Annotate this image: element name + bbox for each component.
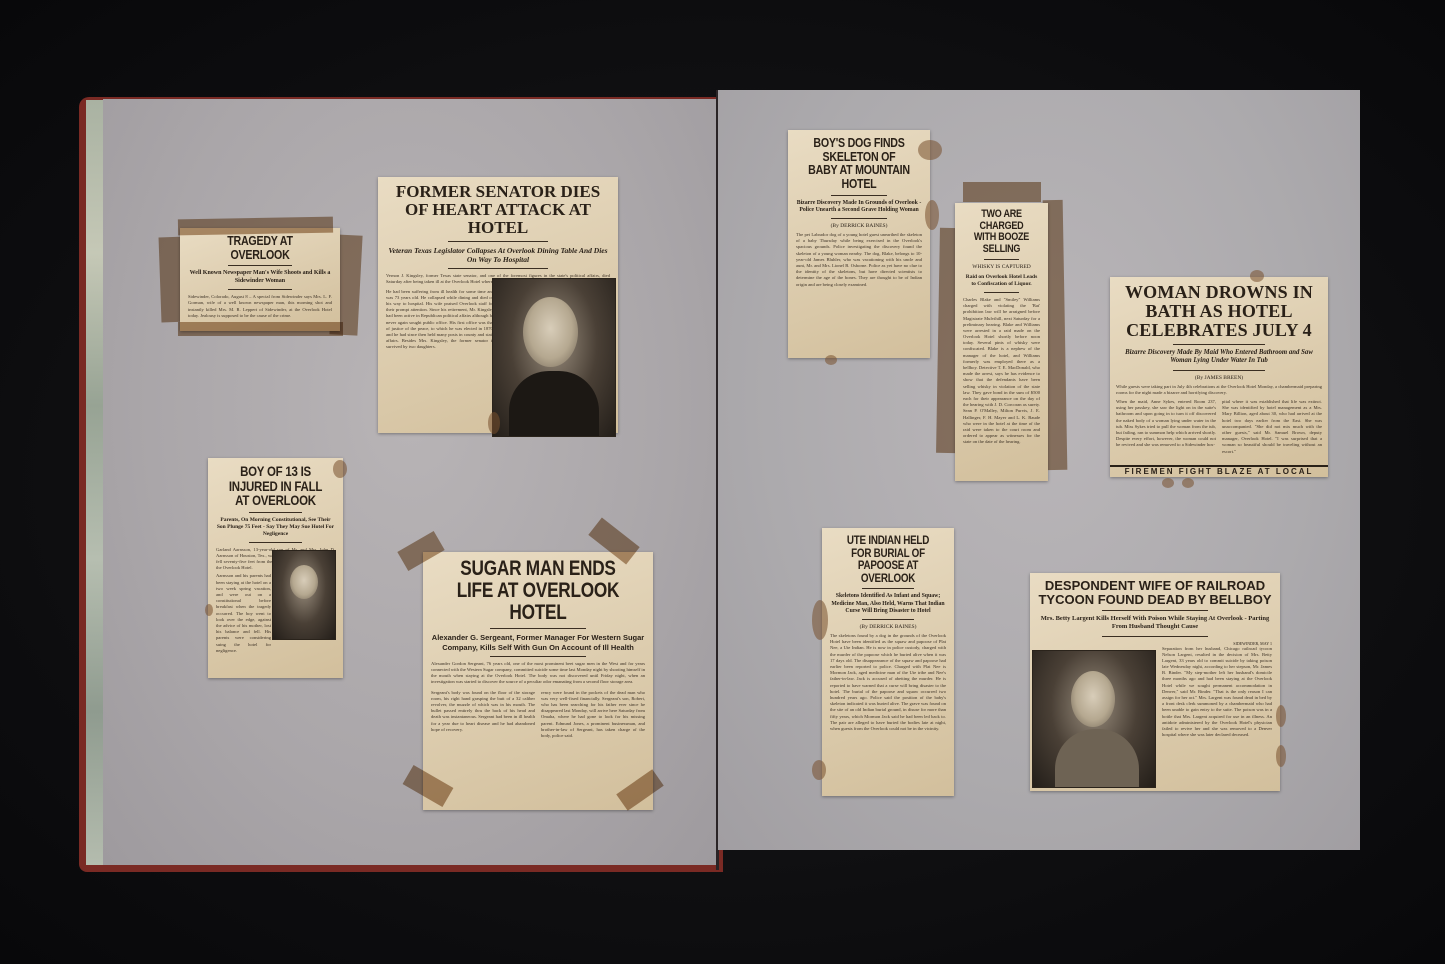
- glue-stain: [1250, 270, 1264, 282]
- glue-stain: [812, 760, 826, 780]
- photo-portrait-boy: [272, 550, 336, 640]
- tape-strip: [178, 217, 333, 236]
- divider: [831, 195, 888, 196]
- headline: DESPONDENT WIFE OF RAILROAD TYCOON FOUND…: [1038, 579, 1272, 606]
- glue-stain: [925, 200, 939, 230]
- article-lead: Alexander Gordon Sergeant, 76 years old,…: [431, 661, 645, 686]
- glue-stain: [1276, 705, 1286, 727]
- divider: [984, 259, 1019, 260]
- byline: (By DERRICK BAINES): [796, 223, 922, 229]
- divider: [1102, 636, 1207, 637]
- divider: [249, 512, 303, 513]
- glue-stain: [205, 604, 213, 616]
- headline: BOY'S DOG FINDS SKELETON OF BABY AT MOUN…: [807, 136, 910, 191]
- subheadline: Skeletons Identified As Infant and Squaw…: [830, 593, 946, 615]
- headline: TRAGEDY AT OVERLOOK: [201, 234, 319, 261]
- divider: [862, 588, 914, 589]
- clipping-sugar-man: SUGAR MAN ENDS LIFE AT OVERLOOK HOTEL Al…: [423, 552, 653, 810]
- article-body: Charles Blake and "Smiley" Williams char…: [963, 297, 1040, 446]
- article-body: He had been suffering from ill health fo…: [386, 289, 494, 351]
- glue-stain: [488, 412, 500, 434]
- marbled-endpaper: [86, 100, 104, 865]
- divider: [490, 656, 586, 657]
- article-body: The skeletons found by a dog in the grou…: [830, 633, 946, 732]
- subheadline: Parents, On Morning Constitutional, See …: [216, 517, 335, 538]
- article-column-1: When the maid, Anne Sykes, entered Room …: [1116, 399, 1216, 455]
- glue-stain: [812, 600, 828, 640]
- article-body: Aarnsson and his parents had been stayin…: [216, 573, 271, 653]
- subheadline: Raid on Overlook Hotel Leads to Confisca…: [963, 274, 1040, 288]
- article-body: The pet Labrador dog of a young hotel gu…: [796, 232, 922, 288]
- glue-stain: [825, 355, 837, 365]
- byline: (By DERRICK BAINES): [830, 624, 946, 630]
- subheadline: Bizarre Discovery Made In Grounds of Ove…: [796, 200, 922, 214]
- headline: FORMER SENATOR DIES OF HEART ATTACK AT H…: [386, 183, 610, 237]
- divider: [448, 268, 549, 269]
- article-columns: Sergeant's body was found on the floor o…: [431, 690, 645, 740]
- adjacent-headline: FIREMEN FIGHT BLAZE AT LOCAL CLUB: [1110, 465, 1328, 477]
- headline: BOY OF 13 IS INJURED IN FALL AT OVERLOOK: [227, 464, 325, 508]
- clipping-woman-drowns: WOMAN DROWNS IN BATH AS HOTEL CELEBRATES…: [1110, 277, 1328, 477]
- subheadline: Well Known Newspaper Man's Wife Shoots a…: [188, 270, 332, 285]
- glue-stain: [1182, 478, 1194, 488]
- subheadline: Alexander G. Sergeant, Former Manager Fo…: [431, 633, 645, 652]
- photo-portrait-woman: [1032, 650, 1156, 788]
- face: [290, 565, 318, 599]
- divider: [228, 289, 293, 290]
- headline: WOMAN DROWNS IN BATH AS HOTEL CELEBRATES…: [1116, 283, 1322, 340]
- subheadline: Veteran Texas Legislator Collapses At Ov…: [386, 246, 610, 265]
- divider: [862, 619, 914, 620]
- clipping-boys-dog: BOY'S DOG FINDS SKELETON OF BABY AT MOUN…: [788, 130, 930, 358]
- article-column-1: Sergeant's body was found on the floor o…: [431, 690, 535, 740]
- article-body: Sidewinder, Colorado, August 8 – A speci…: [188, 294, 332, 319]
- clipping-ute-indian: UTE INDIAN HELD FOR BURIAL OF PAPOOSE AT…: [822, 528, 954, 796]
- face: [1071, 671, 1115, 727]
- divider: [1173, 370, 1266, 371]
- glue-stain: [1276, 745, 1286, 767]
- photo-portrait-senator: [492, 278, 616, 437]
- divider: [1102, 610, 1207, 611]
- headline: SUGAR MAN ENDS LIFE AT OVERLOOK HOTEL: [450, 558, 625, 624]
- glue-stain: [918, 140, 942, 160]
- article-lead: While guests were taking part in July 4t…: [1116, 384, 1322, 396]
- headline: UTE INDIAN HELD FOR BURIAL OF PAPOOSE AT…: [840, 534, 935, 584]
- dress: [1055, 729, 1139, 787]
- tape-strip: [178, 322, 343, 336]
- glue-stain: [1162, 478, 1174, 488]
- divider: [1173, 344, 1266, 345]
- divider: [228, 265, 293, 266]
- divider: [490, 628, 586, 629]
- subheadline: Bizarre Discovery Made By Maid Who Enter…: [1116, 349, 1322, 366]
- article-columns: When the maid, Anne Sykes, entered Room …: [1116, 399, 1322, 455]
- glue-stain: [333, 460, 347, 478]
- divider: [831, 218, 888, 219]
- subheadline: Mrs. Betty Largent Kills Herself With Po…: [1038, 615, 1272, 631]
- article-text-column: SIDEWINDER, MAY 1 Separation from her hu…: [1162, 641, 1272, 739]
- divider: [984, 292, 1019, 293]
- clipping-tragedy-at-overlook: TRAGEDY AT OVERLOOK Well Known Newspaper…: [180, 228, 340, 331]
- divider: [249, 542, 303, 543]
- tape-strip: [963, 182, 1041, 202]
- clipping-booze-selling: TWO ARE CHARGED WITH BOOZE SELLING WHISK…: [955, 203, 1048, 481]
- article-column-2: pital where it was established that life…: [1222, 399, 1322, 455]
- headline: TWO ARE CHARGED WITH BOOZE SELLING: [970, 209, 1033, 255]
- divider: [448, 241, 549, 242]
- article-column-2: rency were found in the pockets of the d…: [541, 690, 645, 740]
- suit: [509, 371, 599, 436]
- byline: (By JAMES BREEN): [1116, 375, 1322, 381]
- kicker: WHISKY IS CAPTURED: [963, 264, 1040, 270]
- face: [523, 297, 578, 367]
- article-body: Separation from her husband, Chicago rai…: [1162, 646, 1272, 739]
